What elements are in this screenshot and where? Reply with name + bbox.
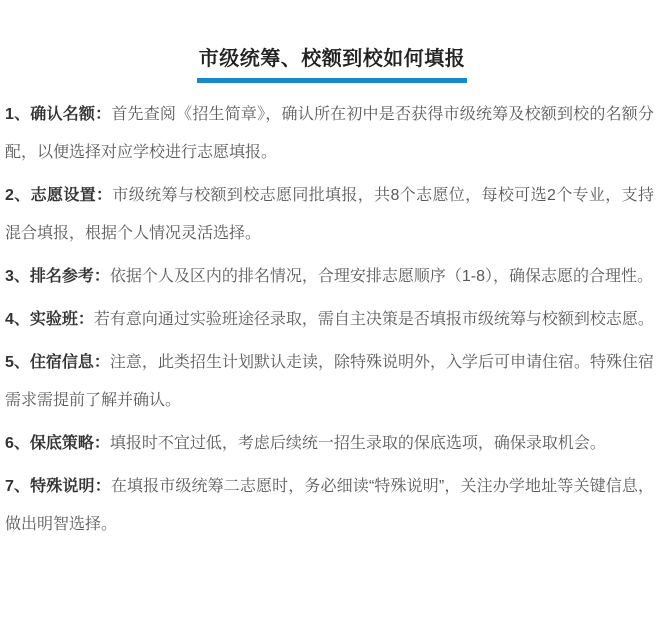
tip-label: 3、排名参考： [5, 268, 110, 285]
tip-label: 5、住宿信息： [5, 354, 110, 371]
tip-label: 2、志愿设置： [5, 187, 112, 204]
tip-text: 填报时不宜过低，考虑后续统一招生录取的保底选项，确保录取机会。 [110, 435, 606, 452]
tip-item-2: 2、志愿设置：市级统筹与校额到校志愿同批填报，共8个志愿位，每校可选2个专业，支… [5, 177, 654, 253]
tip-label: 4、实验班： [5, 311, 94, 328]
article-header: 市级统筹、校额到校如何填报 [0, 46, 664, 83]
tip-label: 1、确认名额： [5, 106, 111, 123]
tip-item-4: 4、实验班：若有意向通过实验班途径录取，需自主决策是否填报市级统筹与校额到校志愿… [5, 301, 654, 339]
tip-label: 7、特殊说明： [5, 478, 111, 495]
tip-label: 6、保底策略： [5, 435, 110, 452]
tip-text: 若有意向通过实验班途径录取，需自主决策是否填报市级统筹与校额到校志愿。 [94, 311, 654, 328]
tip-item-3: 3、排名参考：依据个人及区内的排名情况，合理安排志愿顺序（1-8），确保志愿的合… [5, 258, 654, 296]
tip-text: 依据个人及区内的排名情况，合理安排志愿顺序（1-8），确保志愿的合理性。 [110, 268, 653, 285]
article-content: 1、确认名额：首先查阅《招生简章》，确认所在初中是否获得市级统筹及校额到校的名额… [0, 83, 664, 544]
tip-item-1: 1、确认名额：首先查阅《招生简章》，确认所在初中是否获得市级统筹及校额到校的名额… [5, 96, 654, 172]
page-title: 市级统筹、校额到校如何填报 [197, 46, 468, 83]
tip-item-6: 6、保底策略：填报时不宜过低，考虑后续统一招生录取的保底选项，确保录取机会。 [5, 425, 654, 463]
article-page: 市级统筹、校额到校如何填报 1、确认名额：首先查阅《招生简章》，确认所在初中是否… [0, 0, 664, 617]
tip-item-5: 5、住宿信息：注意，此类招生计划默认走读，除特殊说明外，入学后可申请住宿。特殊住… [5, 344, 654, 420]
tip-item-7: 7、特殊说明：在填报市级统筹二志愿时，务必细读“特殊说明”，关注办学地址等关键信… [5, 468, 654, 544]
